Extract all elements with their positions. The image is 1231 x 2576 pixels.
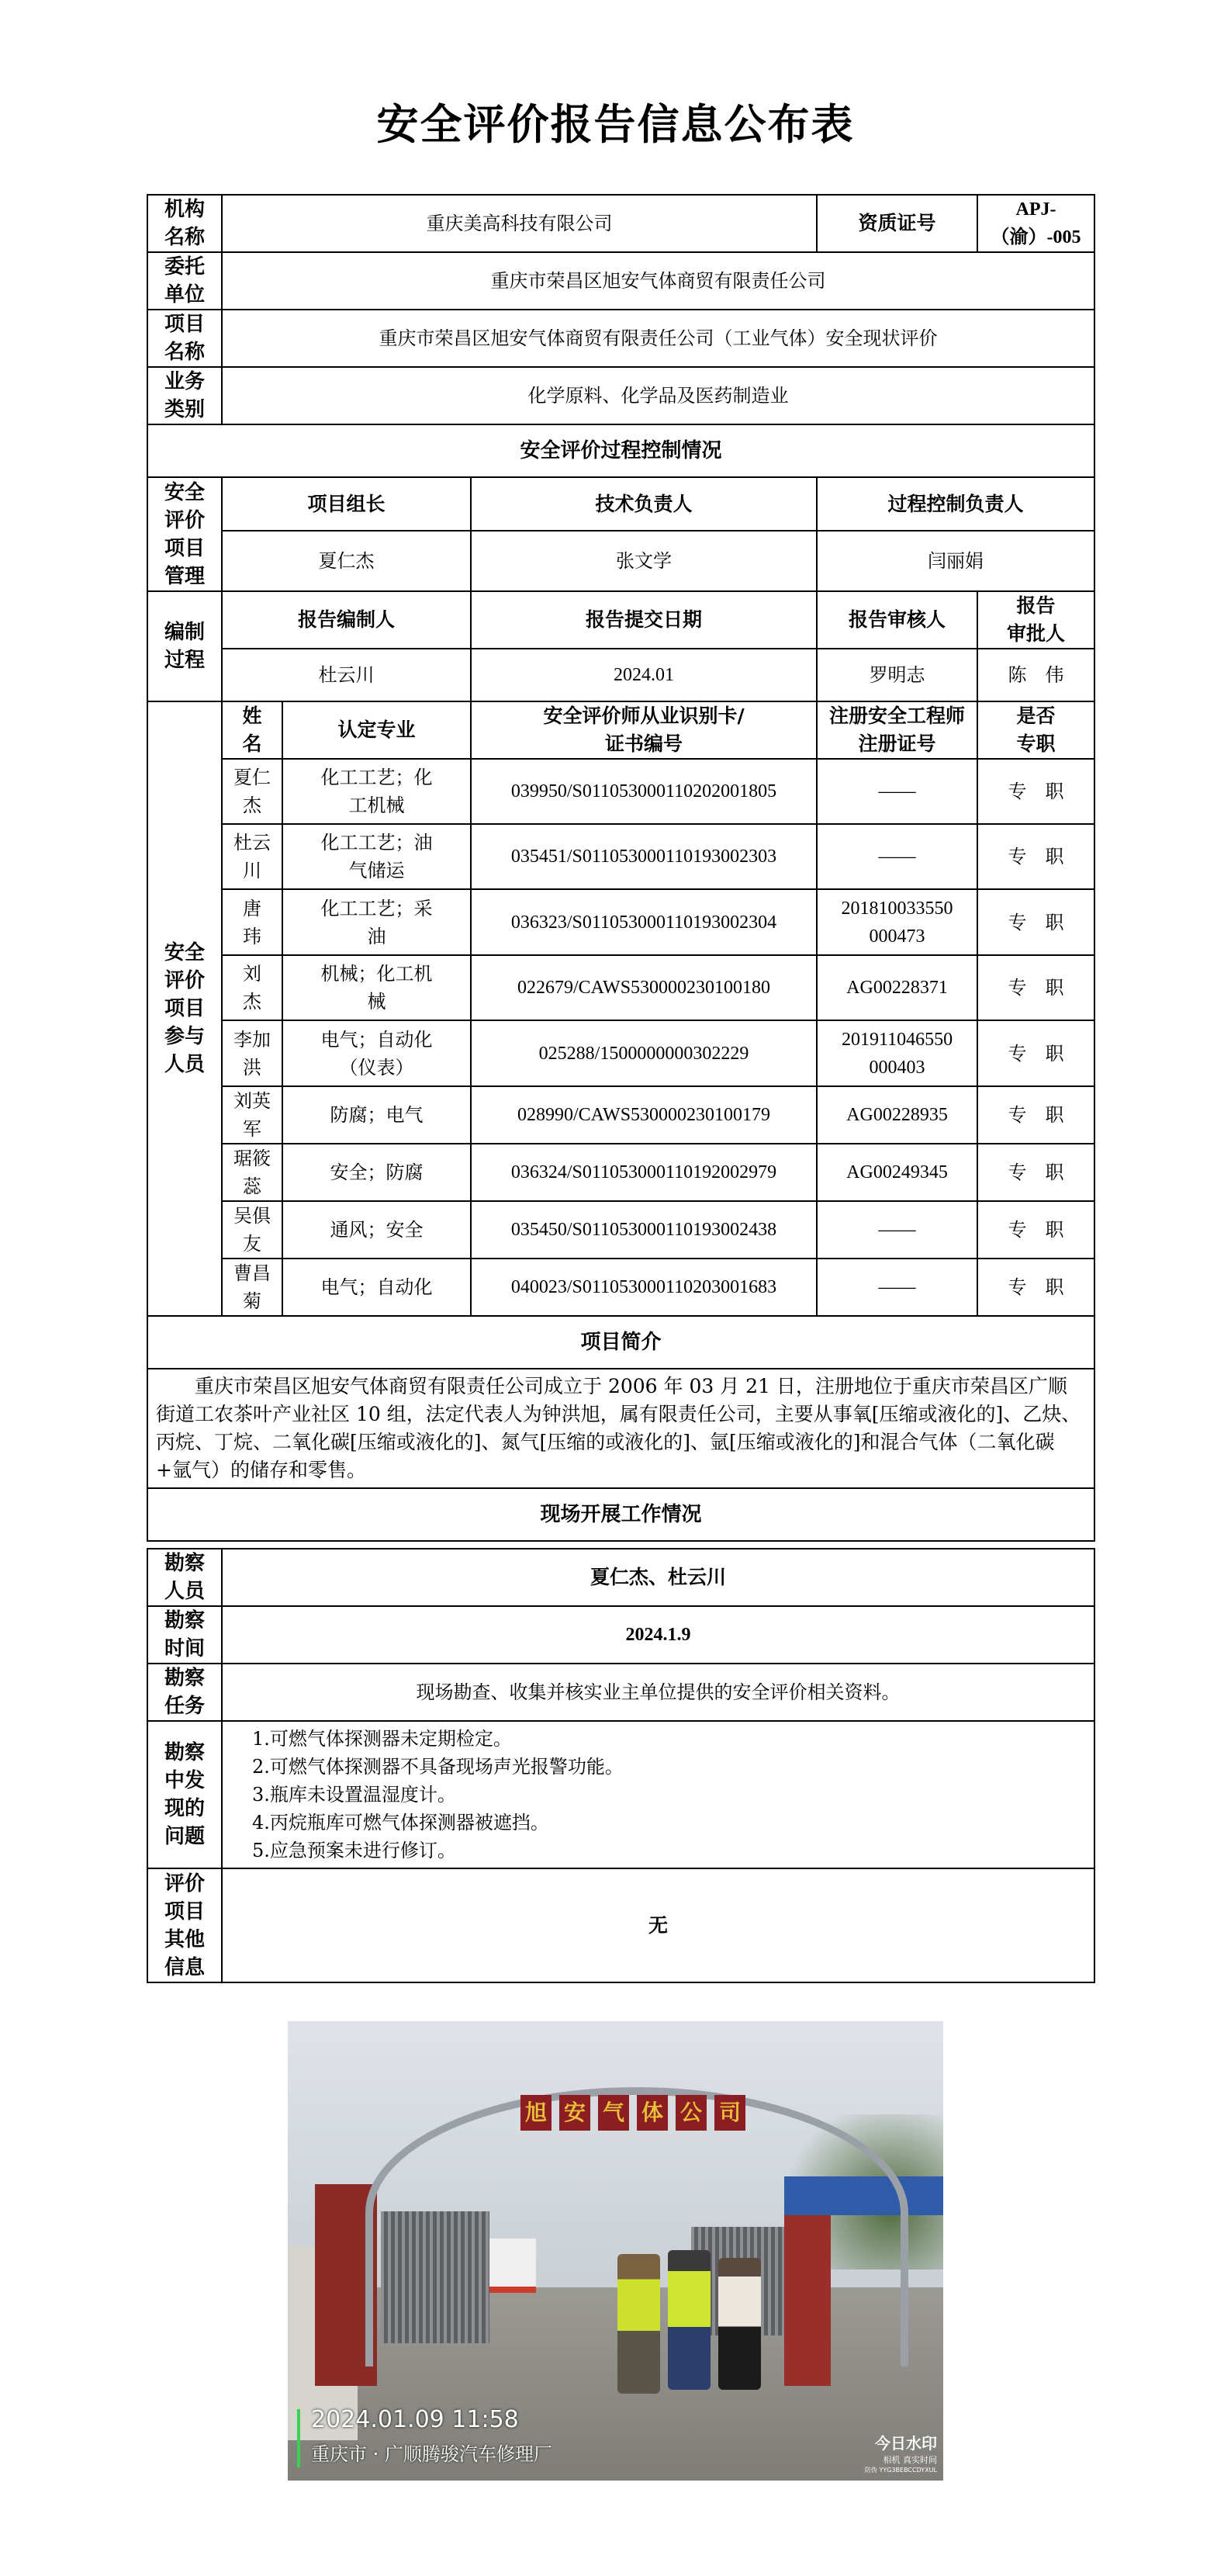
participant-cert: 036323/S011053000110193002304 — [471, 889, 817, 955]
client-value: 重庆市荣昌区旭安气体商贸有限责任公司 — [222, 252, 1094, 310]
participant-specialty: 化工工艺；采 油 — [282, 889, 471, 955]
participant-name: 夏仁杰 — [222, 759, 282, 824]
participant-name: 刘英军 — [222, 1086, 282, 1144]
participant-row: 李加洪 电气；自动化 （仪表） 025288/1500000000302229 … — [147, 1020, 1094, 1086]
business-value: 化学原料、化学品及医药制造业 — [222, 367, 1094, 424]
reviewer-value: 罗明志 — [817, 649, 977, 701]
site-work-heading: 现场开展工作情况 — [147, 1488, 1094, 1541]
participant-specialty: 化工工艺；油 气储运 — [282, 824, 471, 889]
participant-name: 杜云川 — [222, 824, 282, 889]
participant-reg: 201810033550 000473 — [817, 889, 977, 955]
photo-person — [617, 2254, 660, 2394]
participant-row: 吴俱友 通风；安全 035450/S011053000110193002438 … — [147, 1201, 1094, 1259]
participant-cert: 022679/CAWS530000230100180 — [471, 955, 817, 1020]
page-title: 安全评价报告信息公布表 — [0, 92, 1231, 151]
participant-row: 曹昌菊 电气；自动化 040023/S011053000110203001683… — [147, 1259, 1094, 1316]
survey-issues-list: 1.可燃气体探测器未定期检定。 2.可燃气体探测器不具备现场声光报警功能。 3.… — [222, 1721, 1094, 1868]
watermark-brand: 今日水印 相机 真实时间 防伪 YYG3BEBCCDYXUL — [865, 2431, 937, 2474]
participant-fulltime: 专 职 — [977, 1020, 1094, 1086]
survey-time-label: 勘察 时间 — [147, 1606, 222, 1664]
cert-value: APJ-（渝）-005 — [977, 195, 1094, 252]
issue-item: 3.瓶库未设置温湿度计。 — [252, 1781, 1064, 1809]
participant-fulltime: 专 职 — [977, 1086, 1094, 1144]
cert-label: 资质证号 — [817, 195, 977, 252]
approver-header: 报告 审批人 — [977, 591, 1094, 649]
watermark-bar — [297, 2409, 300, 2467]
participant-cert: 025288/1500000000302229 — [471, 1020, 817, 1086]
report-info-table: 机构 名称 重庆美高科技有限公司 资质证号 APJ-（渝）-005 委托 单位 … — [147, 194, 1095, 1542]
specialty-header: 认定专业 — [282, 701, 471, 759]
participant-row: 琚筱蕊 安全；防腐 036324/S011053000110192002979 … — [147, 1144, 1094, 1201]
participant-cert: 039950/S011053000110202001805 — [471, 759, 817, 824]
participant-row: 夏仁杰 化工工艺；化 工机械 039950/S01105300011020200… — [147, 759, 1094, 824]
site-photo: 旭 安 气 体 公 司 2024.01.09 11:58 重庆市 · 广顺腾骏汽… — [288, 2021, 943, 2481]
watermark-brand-name: 今日水印 — [865, 2431, 937, 2453]
participant-fulltime: 专 职 — [977, 889, 1094, 955]
participant-name: 唐 玮 — [222, 889, 282, 955]
tech-lead-value: 张文学 — [471, 531, 817, 591]
participant-name: 吴俱友 — [222, 1201, 282, 1259]
participants-label: 安全 评价 项目 参与 人员 — [147, 701, 222, 1316]
site-work-table: 勘察 人员 夏仁杰、杜云川 勘察 时间 2024.1.9 勘察 任务 现场勘查、… — [147, 1548, 1095, 1983]
business-label: 业务 类别 — [147, 367, 222, 424]
participant-reg: —— — [817, 1201, 977, 1259]
participant-name: 曹昌菊 — [222, 1259, 282, 1316]
process-lead-value: 闫丽娟 — [817, 531, 1094, 591]
watermark-location: 重庆市 · 广顺腾骏汽车修理厂 — [311, 2439, 552, 2466]
participant-row: 杜云川 化工工艺；油 气储运 035451/S01105300011019300… — [147, 824, 1094, 889]
participant-specialty: 安全；防腐 — [282, 1144, 471, 1201]
participant-reg: AG00228371 — [817, 955, 977, 1020]
submit-date-header: 报告提交日期 — [471, 591, 817, 649]
photo-person — [718, 2258, 761, 2390]
team-leader-value: 夏仁杰 — [222, 531, 471, 591]
participant-reg: AG00228935 — [817, 1086, 977, 1144]
sign-char: 安 — [559, 2095, 590, 2131]
issue-item: 2.可燃气体探测器不具备现场声光报警功能。 — [252, 1753, 1064, 1781]
survey-time-value: 2024.1.9 — [222, 1606, 1094, 1664]
watermark-brand-sub: 相机 真实时间 — [865, 2453, 937, 2466]
sign-char: 旭 — [520, 2095, 552, 2131]
participant-fulltime: 专 职 — [977, 759, 1094, 824]
compile-label: 编制 过程 — [147, 591, 222, 701]
participant-fulltime: 专 职 — [977, 1259, 1094, 1316]
submit-date-value: 2024.01 — [471, 649, 817, 701]
approver-value: 陈 伟 — [977, 649, 1094, 701]
participant-reg: 201911046550 000403 — [817, 1020, 977, 1086]
participant-specialty: 电气；自动化 — [282, 1259, 471, 1316]
participant-cert: 035451/S011053000110193002303 — [471, 824, 817, 889]
cert-no-header: 安全评价师从业识别卡/ 证书编号 — [471, 701, 817, 759]
participant-specialty: 电气；自动化 （仪表） — [282, 1020, 471, 1086]
sign-char: 体 — [637, 2095, 668, 2131]
participant-reg: —— — [817, 759, 977, 824]
survey-issues-label: 勘察 中发 现的 问题 — [147, 1721, 222, 1868]
survey-staff-value: 夏仁杰、杜云川 — [222, 1549, 1094, 1606]
process-lead-header: 过程控制负责人 — [817, 477, 1094, 531]
participant-reg: —— — [817, 824, 977, 889]
survey-task-value: 现场勘查、收集并核实业主单位提供的安全评价相关资料。 — [222, 1664, 1094, 1721]
reviewer-header: 报告审核人 — [817, 591, 977, 649]
company-sign: 旭 安 气 体 公 司 — [520, 2095, 745, 2131]
participant-name: 李加洪 — [222, 1020, 282, 1086]
participant-specialty: 化工工艺；化 工机械 — [282, 759, 471, 824]
participant-fulltime: 专 职 — [977, 955, 1094, 1020]
participant-cert: 028990/CAWS530000230100179 — [471, 1086, 817, 1144]
other-info-value: 无 — [222, 1868, 1094, 1982]
participant-name: 刘 杰 — [222, 955, 282, 1020]
survey-task-label: 勘察 任务 — [147, 1664, 222, 1721]
team-leader-header: 项目组长 — [222, 477, 471, 531]
survey-staff-label: 勘察 人员 — [147, 1549, 222, 1606]
sign-char: 气 — [598, 2095, 629, 2131]
sign-char: 公 — [676, 2095, 707, 2131]
issue-item: 1.可燃气体探测器未定期检定。 — [252, 1725, 1064, 1753]
compiler-header: 报告编制人 — [222, 591, 471, 649]
management-label: 安全 评价 项目 管理 — [147, 477, 222, 591]
participant-reg: —— — [817, 1259, 977, 1316]
sign-char: 司 — [714, 2095, 745, 2131]
participant-name: 琚筱蕊 — [222, 1144, 282, 1201]
client-label: 委托 单位 — [147, 252, 222, 310]
compiler-value: 杜云川 — [222, 649, 471, 701]
process-control-heading: 安全评价过程控制情况 — [147, 424, 1094, 477]
other-info-label: 评价 项目 其他 信息 — [147, 1868, 222, 1982]
participant-cert: 035450/S011053000110193002438 — [471, 1201, 817, 1259]
project-value: 重庆市荣昌区旭安气体商贸有限责任公司（工业气体）安全现状评价 — [222, 310, 1094, 367]
project-intro-text: 重庆市荣昌区旭安气体商贸有限责任公司成立于 2006 年 03 月 21 日，注… — [147, 1369, 1094, 1488]
issue-item: 5.应急预案未进行修订。 — [252, 1837, 1064, 1864]
participant-fulltime: 专 职 — [977, 1144, 1094, 1201]
participant-reg: AG00249345 — [817, 1144, 977, 1201]
reg-no-header: 注册安全工程师 注册证号 — [817, 701, 977, 759]
fulltime-header: 是否 专职 — [977, 701, 1094, 759]
participant-row: 唐 玮 化工工艺；采 油 036323/S0110530001101930023… — [147, 889, 1094, 955]
participant-fulltime: 专 职 — [977, 1201, 1094, 1259]
name-header: 姓 名 — [222, 701, 282, 759]
project-intro-heading: 项目简介 — [147, 1316, 1094, 1369]
participant-specialty: 通风；安全 — [282, 1201, 471, 1259]
photo-person — [668, 2250, 711, 2390]
tech-lead-header: 技术负责人 — [471, 477, 817, 531]
participant-cert: 036324/S011053000110192002979 — [471, 1144, 817, 1201]
participant-row: 刘 杰 机械；化工机 械 022679/CAWS530000230100180 … — [147, 955, 1094, 1020]
watermark-code: 防伪 YYG3BEBCCDYXUL — [865, 2466, 937, 2474]
participant-specialty: 防腐；电气 — [282, 1086, 471, 1144]
project-label: 项目 名称 — [147, 310, 222, 367]
participant-cert: 040023/S011053000110203001683 — [471, 1259, 817, 1316]
org-name-value: 重庆美高科技有限公司 — [222, 195, 817, 252]
participant-row: 刘英军 防腐；电气 028990/CAWS530000230100179 AG0… — [147, 1086, 1094, 1144]
participant-fulltime: 专 职 — [977, 824, 1094, 889]
issue-item: 4.丙烷瓶库可燃气体探测器被遮挡。 — [252, 1809, 1064, 1837]
org-name-label: 机构 名称 — [147, 195, 222, 252]
participant-specialty: 机械；化工机 械 — [282, 955, 471, 1020]
watermark-timestamp: 2024.01.09 11:58 — [311, 2406, 519, 2433]
